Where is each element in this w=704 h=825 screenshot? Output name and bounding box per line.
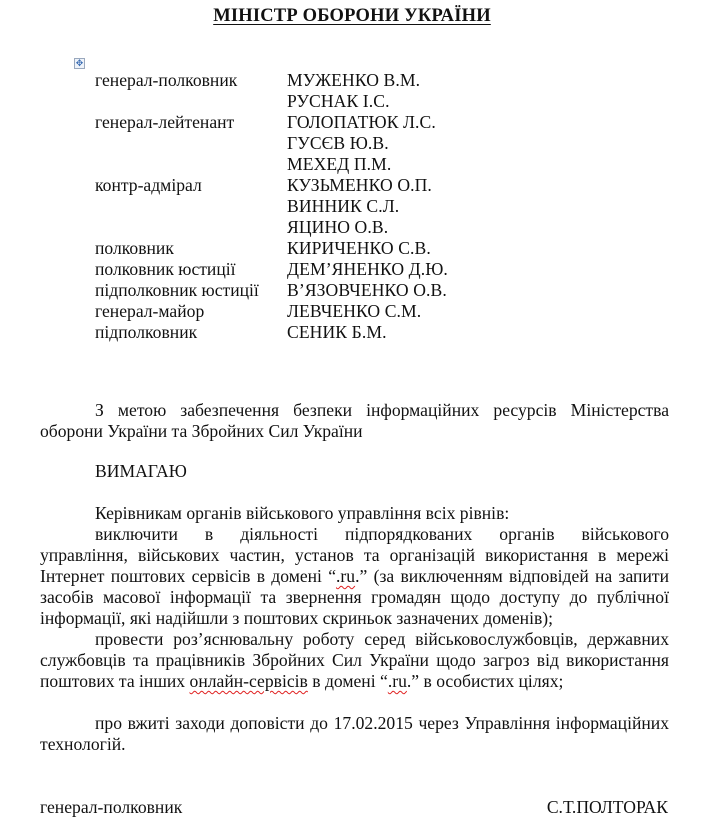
addressee-rank: контр-адмірал: [95, 175, 202, 196]
addressee-rank: генерал-майор: [95, 301, 204, 322]
addressee-rank: полковник: [95, 238, 174, 259]
addressee-rank: генерал-полковник: [95, 70, 237, 91]
addressee-name: СЕНИК Б.М.: [287, 322, 387, 343]
addressee-name: ГОЛОПАТЮК Л.С.: [287, 112, 436, 133]
addressee-rank: підполковник юстиції: [95, 280, 259, 301]
document-title: МІНІСТР ОБОРОНИ УКРАЇНИ: [0, 6, 704, 27]
addressee-name: В’ЯЗОВЧЕНКО О.В.: [287, 280, 447, 301]
addressee-name: ДЕМ’ЯНЕНКО Д.Ю.: [287, 259, 448, 280]
spellcheck-ru-1: .ru: [336, 566, 355, 586]
addressee-name: МЕХЕД П.М.: [287, 154, 391, 175]
recipients-paragraph: Керівникам органів військового управлінн…: [40, 503, 669, 524]
addressee-name: МУЖЕНКО В.М.: [287, 70, 420, 91]
item2-text-c: .” в особистих цілях;: [407, 671, 564, 691]
move-cross-icon[interactable]: ✥: [74, 58, 85, 69]
addressee-name: ЛЕВЧЕНКО С.М.: [287, 301, 421, 322]
addressee-rank: підполковник: [95, 322, 197, 343]
addressee-name: ЯЦИНО О.В.: [287, 217, 388, 238]
spellcheck-online-services: онлайн-сервісів: [190, 671, 308, 691]
signature-name: С.Т.ПОЛТОРАК: [547, 797, 668, 818]
item2-paragraph: провести роз’яснювальну роботу серед вій…: [40, 629, 669, 692]
item1-first-line: виключити в діяльності підпорядкованих о…: [40, 524, 669, 545]
item2-text-b: в домені “: [308, 671, 388, 691]
item3-paragraph: про вжиті заходи доповісти до 17.02.2015…: [40, 713, 669, 755]
signature-rank: генерал-полковник: [40, 797, 182, 818]
addressee-name: ГУСЄВ Ю.В.: [287, 133, 389, 154]
spellcheck-ru-2: .ru: [388, 671, 407, 691]
addressee-rank: генерал-лейтенант: [95, 112, 234, 133]
demand-heading: ВИМАГАЮ: [40, 461, 669, 482]
addressee-rank: полковник юстиції: [95, 259, 236, 280]
addressee-name: КУЗЬМЕНКО О.П.: [287, 175, 432, 196]
addressee-name: РУСНАК І.С.: [287, 91, 390, 112]
addressee-name: КИРИЧЕНКО С.В.: [287, 238, 431, 259]
addressee-name: ВИННИК С.Л.: [287, 196, 399, 217]
purpose-paragraph: З метою забезпечення безпеки інформаційн…: [40, 400, 669, 442]
item1-paragraph: управління, військових частин, установ т…: [40, 545, 669, 629]
